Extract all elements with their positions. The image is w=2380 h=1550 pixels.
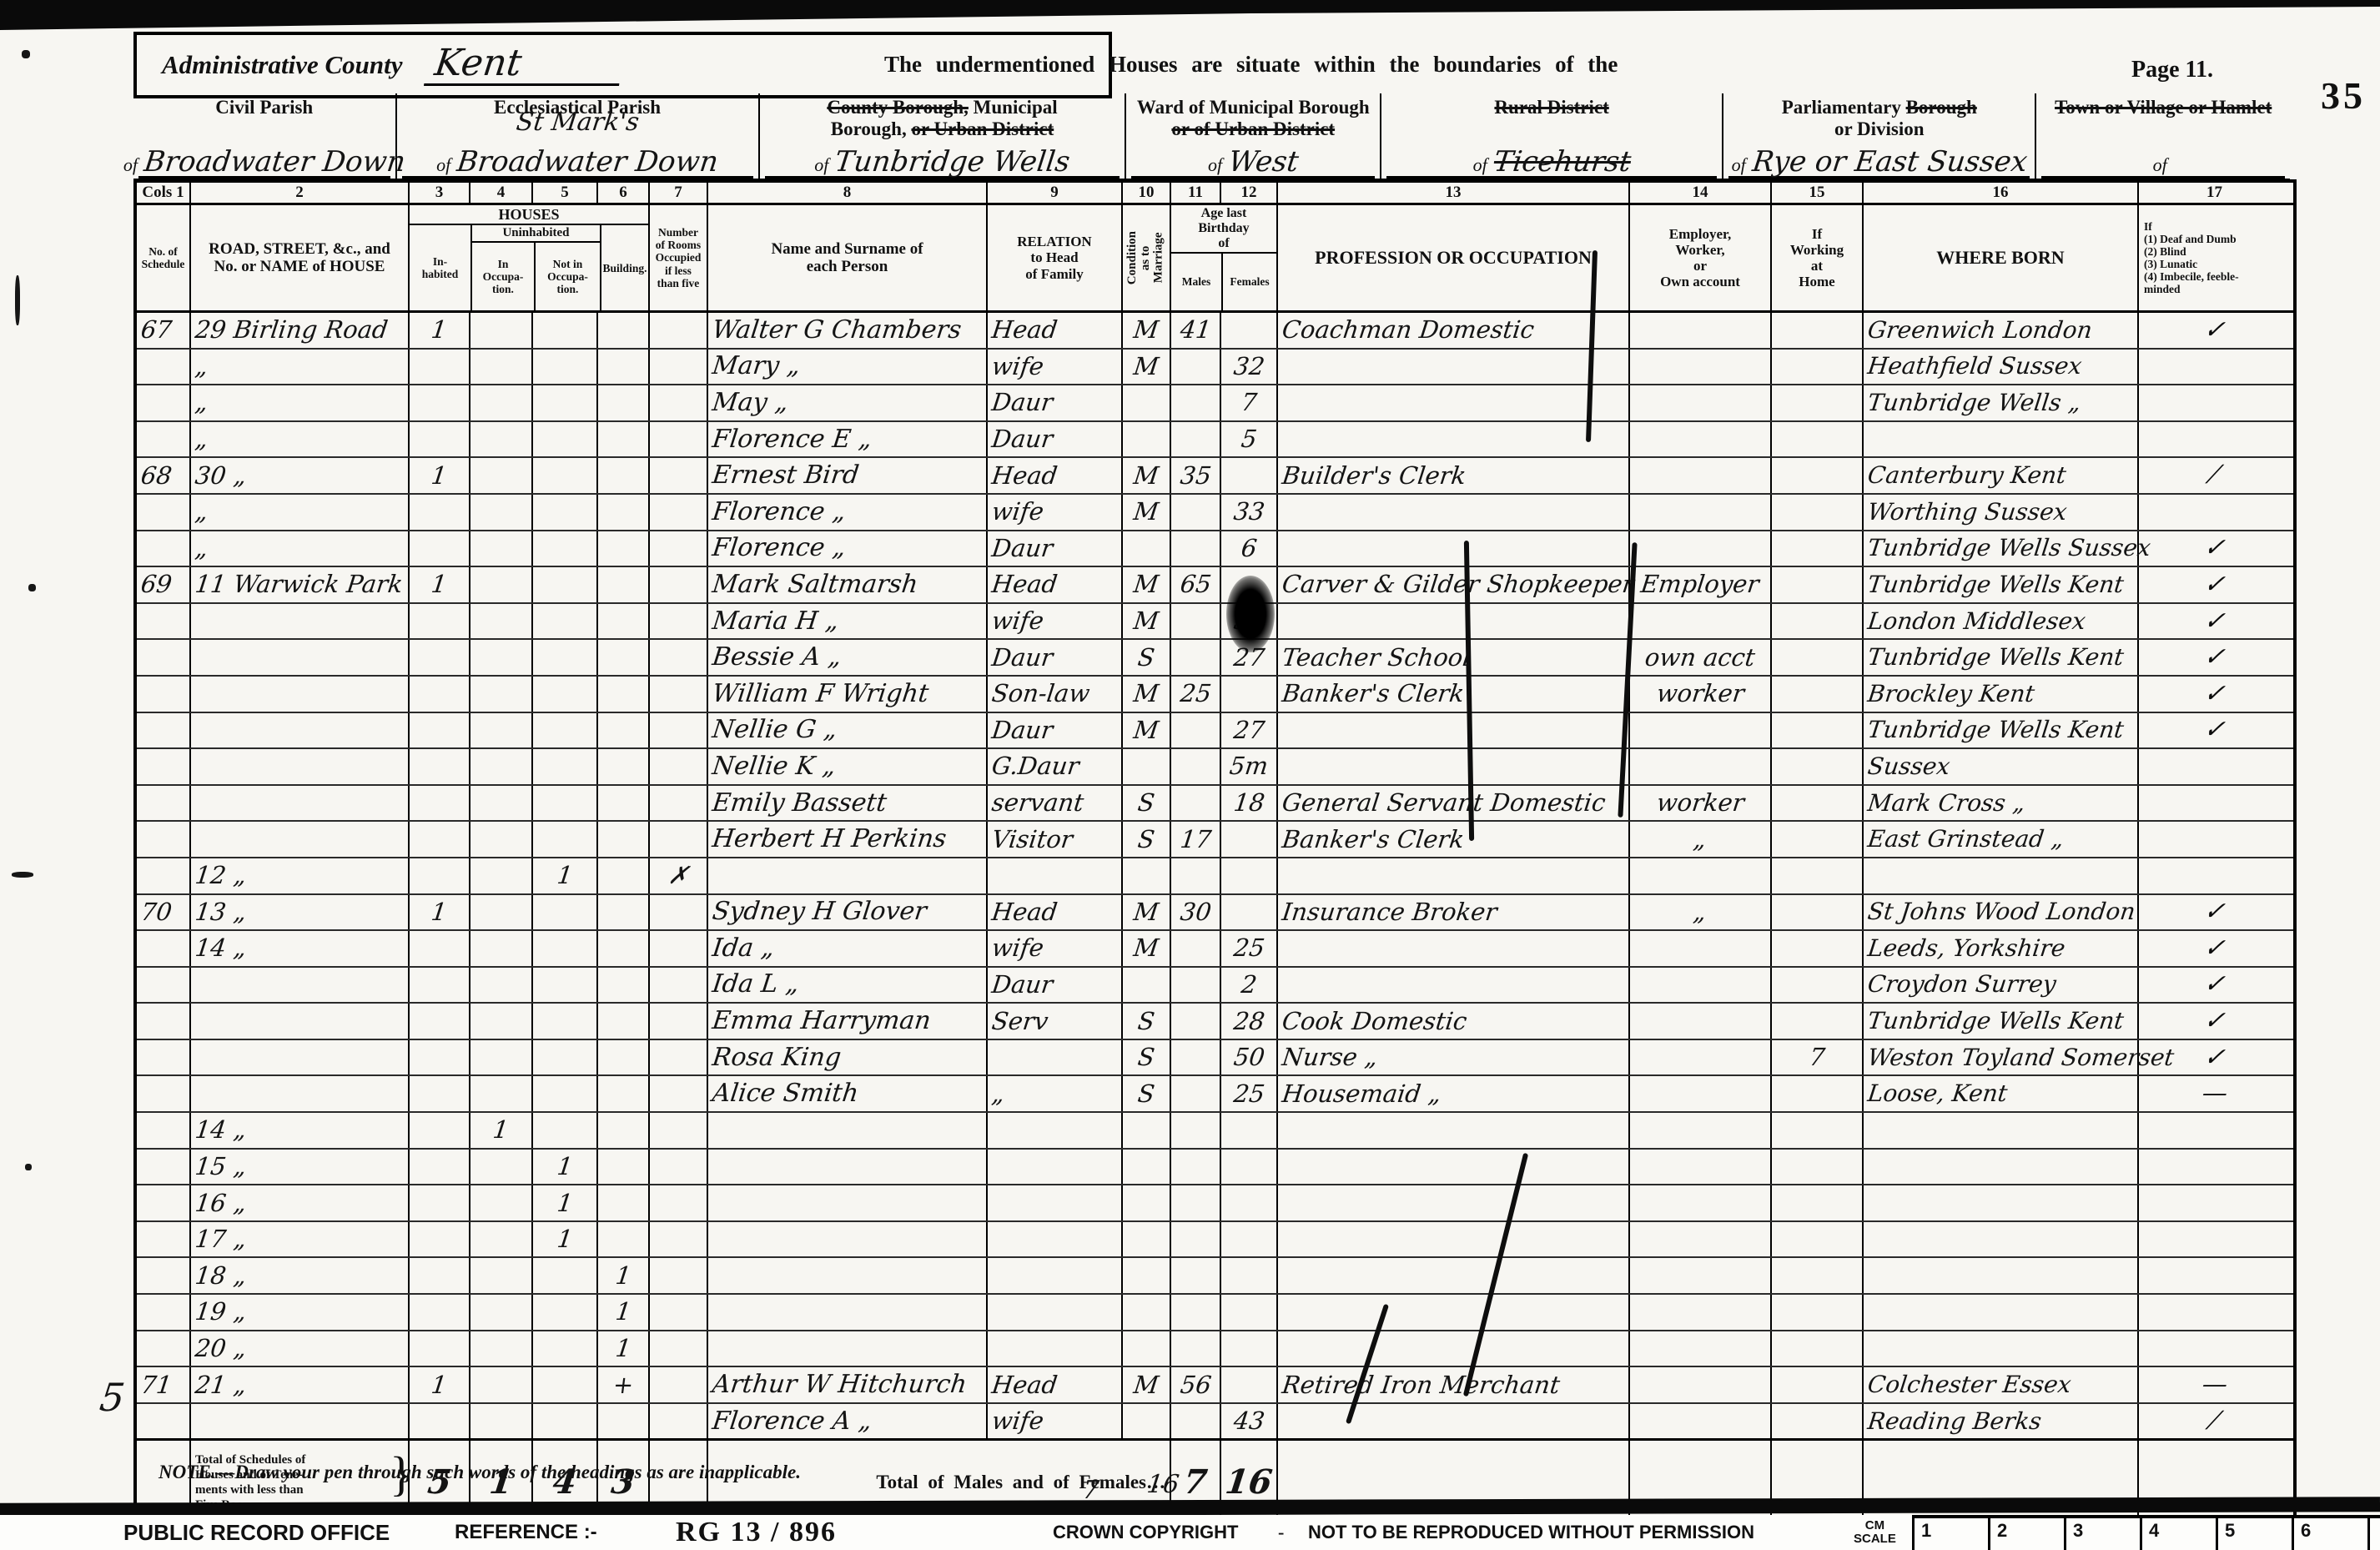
employer-cell [1630,385,1772,420]
age-female-cell [1221,1295,1278,1330]
census-row: „Mary „wifeM32Heathfield Sussex [137,350,2293,386]
age-male-cell [1171,1004,1221,1039]
inhabited-cell-text: 1 [430,1373,448,1397]
name-cell: Ida „ [708,931,988,966]
age-female-cell-text: 28 [1232,1009,1265,1034]
condition-cell: M [1123,895,1171,930]
inhabited-cell [410,1004,470,1039]
infirmity-cell [2139,495,2290,530]
road-cell [191,677,410,712]
employer-cell [1630,495,1772,530]
not-in-occupation-cell [533,1040,598,1075]
age-female-cell-text: 50 [1232,1045,1265,1069]
not-in-occupation-cell-text: 1 [556,863,574,888]
relation-cell-text: wife [990,609,1045,633]
building-cell [598,531,650,566]
infirmity-cell [2139,858,2290,893]
at-home-cell [1772,1113,1864,1148]
header-females: Females [1223,254,1276,310]
totals-females-text: 16 [1224,1466,1275,1499]
census-row: William F WrightSon-lawM25Banker's Clerk… [137,677,2293,713]
parish-title-segment: Rural District [1494,97,1608,118]
at-home-cell [1772,931,1864,966]
where-born-cell-text: Croydon Surrey [1866,973,2057,996]
road-cell-text: 21 „ [194,1373,248,1397]
employer-cell [1630,1185,1772,1220]
relation-cell-text: Head [990,900,1059,924]
at-home-cell [1772,1150,1864,1185]
age-male-cell: 17 [1171,822,1221,857]
in-occupation-cell [470,1004,533,1039]
parish-box-parliamentary-division: Parliamentary Boroughor DivisionofRye or… [1723,93,2036,179]
cm-tick-2: 2 [1988,1518,2064,1550]
inhabited-cell-text: 1 [430,464,448,488]
header-schedule: No. of Schedule [137,205,191,310]
rooms-cell [650,567,708,602]
not-in-occupation-cell [533,713,598,748]
age-male-cell [1171,1113,1221,1148]
census-row: Maria H „wifeM59London Middlesex✓ [137,604,2293,641]
name-cell-text: Emily Bassett [711,791,888,816]
employer-cell: Employer [1630,567,1772,602]
inhabited-cell [410,858,470,893]
name-cell-text: William F Wright [711,682,930,707]
employer-cell [1630,531,1772,566]
condition-cell [1123,1404,1171,1439]
in-occupation-cell [470,567,533,602]
in-occupation-cell [470,313,533,348]
not-in-occupation-cell [533,458,598,493]
relation-cell: Daur [988,968,1123,1003]
road-cell [191,713,410,748]
not-in-occupation-cell [533,604,598,639]
rooms-cell [650,640,708,675]
census-scan-page: Administrative County Kent The underment… [0,0,2380,1550]
building-cell [598,1150,650,1185]
relation-cell: „ [988,1076,1123,1111]
in-occupation-cell [470,1367,533,1402]
administrative-county-label: Administrative County [162,50,403,80]
inhabited-cell-text: 1 [430,318,448,342]
at-home-cell [1772,313,1864,348]
road-cell [191,1404,410,1439]
where-born-cell: Colchester Essex [1864,1367,2139,1402]
name-cell: Nellie K „ [708,749,988,784]
name-cell-text: Florence „ [711,500,847,525]
age-female-cell [1221,1185,1278,1220]
condition-cell [1123,422,1171,457]
reference-label: REFERENCE :- [455,1521,597,1544]
infirmity-cell-text: ✓ [2202,609,2227,634]
employer-cell [1630,1367,1772,1402]
inhabited-cell-text: 1 [430,900,448,924]
age-female-cell [1221,1367,1278,1402]
parish-title-segment: County Borough, [827,97,969,118]
inhabited-cell [410,604,470,639]
name-cell: Emma Harryman [708,1004,988,1039]
building-cell [598,968,650,1003]
where-born-cell: St Johns Wood London [1864,895,2139,930]
totals-males-females-label-text: Total of Males and of Females… [876,1472,1165,1493]
parish-value-line: ofBroadwater Down [138,148,390,179]
occupation-cell [1278,858,1630,893]
building-cell [598,567,650,602]
rooms-cell [650,1113,708,1148]
age-male-cell: 30 [1171,895,1221,930]
age-female-cell: 32 [1221,350,1278,385]
at-home-cell [1772,713,1864,748]
schedule-cell: 70 [137,895,191,930]
parish-script-value: St Mark's [515,110,641,135]
schedule-cell [137,350,191,385]
schedule-cell [137,604,191,639]
employer-cell [1630,422,1772,457]
employer-cell [1630,931,1772,966]
schedule-cell [137,531,191,566]
condition-cell-text: M [1132,609,1160,633]
schedule-cell [137,1004,191,1039]
occupation-cell-text: Banker's Clerk [1281,682,1466,706]
relation-cell: Daur [988,531,1123,566]
where-born-cell [1864,1113,2139,1148]
cm-tick-3: 3 [2064,1518,2140,1550]
age-male-cell [1171,495,1221,530]
employer-cell [1630,1331,1772,1366]
age-female-cell-text: 5 [1240,427,1258,451]
where-born-cell: Mark Cross „ [1864,786,2139,821]
of-label: of [2153,154,2167,176]
age-male-cell [1171,1331,1221,1366]
age-male-cell [1171,350,1221,385]
not-in-occupation-cell [533,1331,598,1366]
age-female-cell [1221,822,1278,857]
employer-cell [1630,1150,1772,1185]
building-cell [598,1185,650,1220]
census-row: Rosa KingS50Nurse „7Weston Toyland Somer… [137,1040,2293,1077]
header-age-group: Age last Birthday of Males Females [1171,205,1278,310]
occupation-cell [1278,1295,1630,1330]
where-born-cell-text: Tunbridge Wells „ [1866,391,2082,415]
parish-title-segment: Borough, [831,118,912,139]
rooms-cell [650,385,708,420]
where-born-cell: Canterbury Kent [1864,458,2139,493]
at-home-cell [1772,604,1864,639]
in-occupation-cell [470,1040,533,1075]
occupation-cell: Banker's Clerk [1278,822,1630,857]
condition-cell-text: S [1136,828,1155,852]
parish-box-rural-district: Rural DistrictofTicehurst [1381,93,1723,179]
totals-males-text: 7 [1182,1466,1210,1499]
condition-cell-text: S [1136,646,1155,670]
name-cell: May „ [708,385,988,420]
occupation-cell-text: General Servant Domestic [1281,791,1607,815]
header-uninhabited: Uninhabited [472,225,600,243]
in-occupation-cell [470,640,533,675]
age-female-cell-text: 25 [1232,936,1265,960]
column-number-16: 16 [1864,183,2139,203]
age-female-cell: 28 [1221,1004,1278,1039]
column-number-13: 13 [1278,183,1630,203]
age-male-cell [1171,640,1221,675]
infirmity-cell: ✓ [2139,1004,2290,1039]
occupation-cell: Nurse „ [1278,1040,1630,1075]
rooms-cell [650,749,708,784]
occupation-cell-text: Teacher School [1281,646,1472,670]
schedule-cell [137,422,191,457]
where-born-cell-text: Tunbridge Wells Kent [1866,646,2125,669]
name-cell-text: Mary „ [711,354,802,379]
page-number: Page 11. [2131,57,2213,83]
employer-cell-text: „ [1693,828,1708,852]
census-table: Cols 1234567891011121314151617 No. of Sc… [133,179,2297,1527]
where-born-cell: Tunbridge Wells Kent [1864,567,2139,602]
census-row: 7013 „1Sydney H GloverHeadM30Insurance B… [137,895,2293,932]
inhabited-cell [410,677,470,712]
schedule-cell [137,786,191,821]
at-home-cell [1772,422,1864,457]
census-row: 12 „1✗ [137,858,2293,895]
occupation-cell [1278,531,1630,566]
infirmity-cell-text: ✓ [2202,572,2227,597]
parish-box-civil-parish: Civil ParishofBroadwater Down [133,93,397,179]
relation-cell-text: Daur [990,536,1054,561]
relation-cell: Daur [988,713,1123,748]
scan-artifact [25,1164,32,1170]
rooms-cell [650,422,708,457]
road-cell-text: 19 „ [194,1300,248,1324]
not-in-occupation-cell [533,350,598,385]
age-female-cell-text: 25 [1232,1082,1265,1106]
infirmity-cell [2139,1185,2290,1220]
where-born-cell: Leeds, Yorkshire [1864,931,2139,966]
condition-cell-text: M [1132,682,1160,706]
header-males: Males [1171,254,1223,310]
building-cell [598,422,650,457]
inhabited-cell [410,640,470,675]
name-cell: Sydney H Glover [708,895,988,930]
where-born-cell-text: Tunbridge Wells Kent [1866,573,2125,596]
condition-cell: S [1123,1004,1171,1039]
header-in-occupation: In Occupa- tion. [472,243,536,310]
schedule-cell: 68 [137,458,191,493]
where-born-cell: Brockley Kent [1864,677,2139,712]
piece-number-stamp: 35 [2321,73,2366,118]
age-female-cell: 5 [1221,422,1278,457]
condition-cell [1123,385,1171,420]
age-female-cell-text: 32 [1232,355,1265,379]
rooms-cell [650,968,708,1003]
schedule-cell [137,640,191,675]
building-cell [598,350,650,385]
condition-cell-text: M [1132,318,1160,342]
schedule-cell [137,858,191,893]
in-occupation-cell [470,749,533,784]
inhabited-cell [410,1222,470,1257]
header-houses: HOUSES [410,205,648,225]
schedule-cell-text: 70 [139,900,173,924]
schedule-cell [137,1258,191,1293]
inhabited-cell [410,1331,470,1366]
employer-cell [1630,858,1772,893]
where-born-cell: Tunbridge Wells Kent [1864,1004,2139,1039]
occupation-cell [1278,385,1630,420]
age-female-cell: 6 [1221,531,1278,566]
census-row: Alice Smith„S25Housemaid „Loose, Kent— [137,1076,2293,1113]
relation-cell: Visitor [988,822,1123,857]
schedule-cell: 69 [137,567,191,602]
parish-box-town-village-hamlet: Town or Village or Hamletof [2036,93,2290,179]
age-female-cell: 2 [1221,968,1278,1003]
employer-cell [1630,1295,1772,1330]
inhabited-cell [410,1185,470,1220]
not-in-occupation-cell [533,1113,598,1148]
schedule-cell [137,1150,191,1185]
age-male-cell [1171,786,1221,821]
schedule-cell [137,1404,191,1439]
infirmity-cell [2139,1295,2290,1330]
road-cell-text: 17 „ [194,1227,248,1251]
header-age: Age last Birthday of [1171,205,1276,254]
where-born-cell: Heathfield Sussex [1864,350,2139,385]
rooms-cell [650,1404,708,1439]
name-cell-text: Ida L „ [711,972,800,997]
condition-cell [1123,858,1171,893]
census-row: Florence A „wife43Reading Berks⁄ [137,1404,2293,1439]
employer-cell [1630,350,1772,385]
schedule-cell [137,968,191,1003]
condition-cell-text: S [1136,1045,1155,1069]
employer-cell [1630,1113,1772,1148]
infirmity-cell: ✓ [2139,1040,2290,1075]
at-home-cell [1772,786,1864,821]
building-cell [598,385,650,420]
schedule-cell [137,1113,191,1148]
inhabited-cell: 1 [410,895,470,930]
road-cell: 20 „ [191,1331,410,1366]
condition-cell [1123,1150,1171,1185]
condition-cell: M [1123,1367,1171,1402]
road-cell-text: „ [194,427,209,451]
road-cell-text: „ [194,355,209,379]
header-condition-text: Condition as to Marriage [1126,231,1165,284]
age-male-cell: 65 [1171,567,1221,602]
infirmity-cell: ⁄ [2139,458,2290,493]
employer-cell [1630,458,1772,493]
age-male-cell-text: 35 [1179,464,1212,488]
name-cell-text: Walter G Chambers [711,318,963,343]
name-cell: Florence „ [708,531,988,566]
age-female-cell [1221,677,1278,712]
column-number-7: 7 [650,183,708,203]
parish-value-line: ofRye or East Sussex [1728,148,2030,179]
occupation-cell-text: Cook Domestic [1281,1009,1468,1034]
census-row: 20 „1 [137,1331,2293,1368]
inhabited-cell [410,350,470,385]
relation-cell-text: Son-law [990,682,1091,706]
name-cell-text: Arthur W Hitchurch [711,1372,968,1397]
in-occupation-cell [470,495,533,530]
infirmity-cell [2139,1258,2290,1293]
where-born-cell-text: Tunbridge Wells Sussex [1866,536,2151,560]
not-in-occupation-cell [533,1258,598,1293]
not-in-occupation-cell [533,567,598,602]
building-cell [598,858,650,893]
name-cell [708,1258,988,1293]
census-row: „Florence „wifeM33Worthing Sussex [137,495,2293,531]
column-number-12: 12 [1221,183,1278,203]
name-cell [708,1185,988,1220]
occupation-cell: Builder's Clerk [1278,458,1630,493]
scan-artifact [28,584,36,591]
not-in-occupation-cell [533,677,598,712]
infirmity-cell: ✓ [2139,313,2290,348]
census-row: „May „Daur7Tunbridge Wells „ [137,385,2293,422]
condition-cell [1123,1331,1171,1366]
where-born-cell: Tunbridge Wells Kent [1864,640,2139,675]
at-home-cell: 7 [1772,1040,1864,1075]
not-in-occupation-cell-text: 1 [556,1155,574,1179]
road-cell: 18 „ [191,1258,410,1293]
rooms-cell [650,895,708,930]
column-number-9: 9 [988,183,1123,203]
schedule-cell [137,1331,191,1366]
employer-cell-text: worker [1655,682,1745,706]
at-home-cell [1772,567,1864,602]
column-headers-row: No. of Schedule ROAD, STREET, &c., and N… [137,205,2293,313]
parish-title: Civil Parish [215,97,313,118]
header-houses-group: HOUSES In- habited Uninhabited In Occupa… [410,205,650,310]
where-born-cell-text: Leeds, Yorkshire [1866,937,2066,960]
employer-cell: own acct [1630,640,1772,675]
at-home-cell [1772,531,1864,566]
in-occupation-cell [470,895,533,930]
occupation-cell: Carver & Gilder Shopkeeper [1278,567,1630,602]
age-male-cell [1171,385,1221,420]
road-cell: 17 „ [191,1222,410,1257]
road-cell: 11 Warwick Park [191,567,410,602]
schedule-cell [137,713,191,748]
name-cell [708,1222,988,1257]
inhabited-cell [410,968,470,1003]
where-born-cell [1864,422,2139,457]
relation-cell: Head [988,895,1123,930]
employer-cell [1630,604,1772,639]
name-cell: Alice Smith [708,1076,988,1111]
age-female-cell-text: 43 [1232,1409,1265,1433]
age-male-cell: 41 [1171,313,1221,348]
not-in-occupation-cell: 1 [533,1185,598,1220]
parish-value-line: ofTunbridge Wells [765,148,1120,179]
name-cell: Mary „ [708,350,988,385]
column-number-8: 8 [708,183,988,203]
header-working-at-home: If Working at Home [1772,205,1864,310]
parish-title-segment: or Division [1834,118,1925,139]
building-cell [598,931,650,966]
occupation-cell [1278,1185,1630,1220]
age-male-cell [1171,1295,1221,1330]
rooms-cell [650,531,708,566]
relation-cell [988,1113,1123,1148]
relation-cell [988,1295,1123,1330]
column-number-5: 5 [533,183,598,203]
parish-title-segment: or of Urban District [1171,118,1335,139]
road-cell [191,822,410,857]
where-born-cell-text: Heathfield Sussex [1866,355,2083,378]
name-cell: Ernest Bird [708,458,988,493]
not-in-occupation-cell [533,1004,598,1039]
header-infirmities: If (1) Deaf and Dumb (2) Blind (3) Lunat… [2139,205,2290,310]
not-in-occupation-cell-text: 1 [556,1191,574,1215]
